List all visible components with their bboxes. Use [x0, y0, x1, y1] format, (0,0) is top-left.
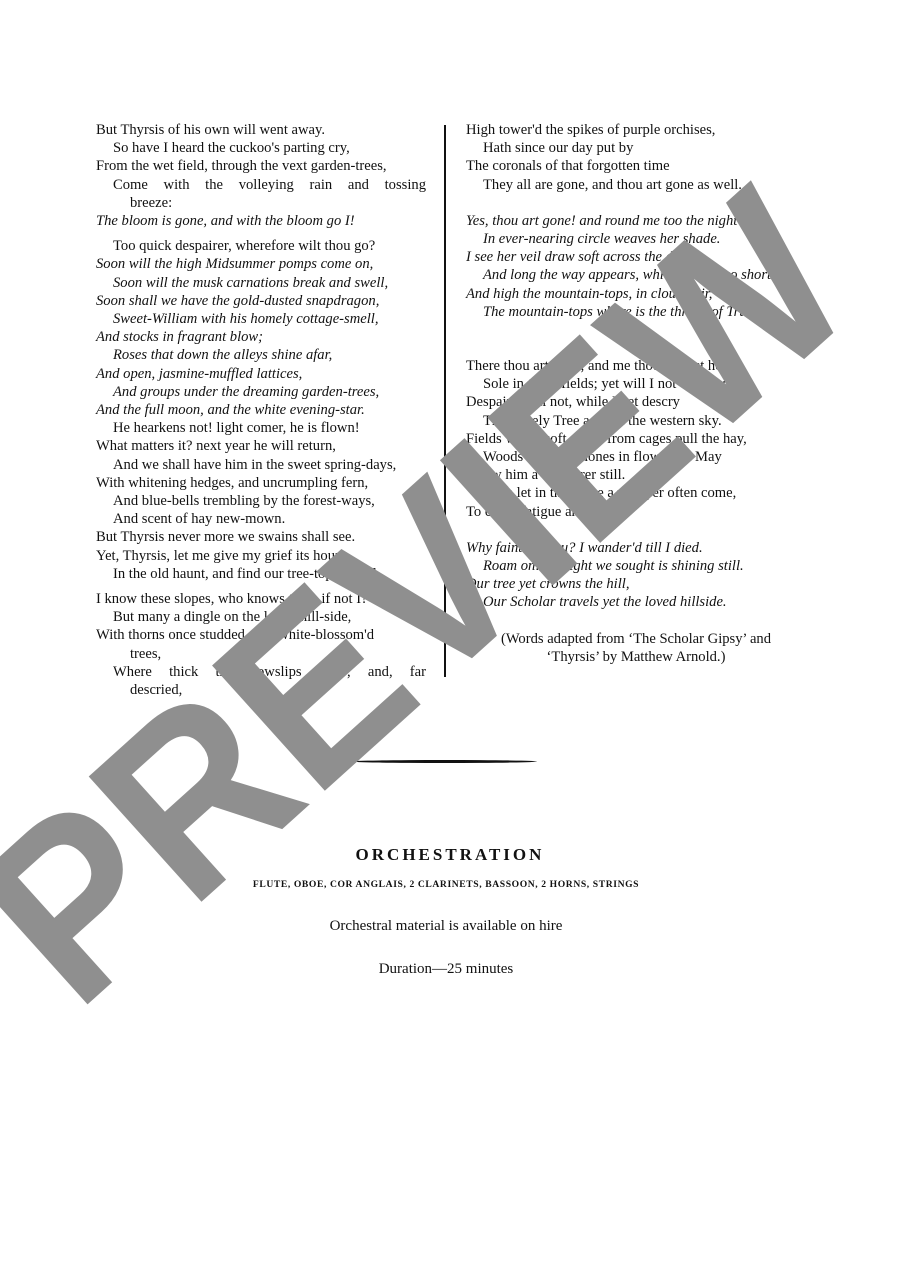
- stanza-gap: [466, 521, 806, 539]
- stanza-gap: [96, 583, 426, 590]
- poem-credit: (Words adapted from ‘The Scholar Gipsy’ …: [466, 630, 806, 666]
- poem-line: And blue-bells trembling by the forest-w…: [96, 492, 426, 510]
- poem-line: But Thyrsis never more we swains shall s…: [96, 528, 426, 546]
- stanza-gap: [466, 194, 806, 212]
- poem-line: descried,: [96, 681, 426, 699]
- poem-line: The bloom is gone, and with the bloom go…: [96, 212, 426, 230]
- poem-stanza: Too quick despairer, wherefore wilt thou…: [96, 237, 426, 583]
- poem-line: In the old haunt, and find our tree-topp…: [96, 565, 426, 583]
- poem-line: Fields where soft sheep from cages pull …: [466, 430, 806, 448]
- poem-line: Roses that down the alleys shine afar,: [96, 346, 426, 364]
- poem-line: But Thyrsis of his own will went away.: [96, 121, 426, 139]
- poem-line: To chase fatigue and fear.: [466, 503, 806, 521]
- poem-line: So have I heard the cuckoo's parting cry…: [96, 139, 426, 157]
- poem-line: Woods with anemones in flower till May: [466, 448, 806, 466]
- poem-line: Our Scholar travels yet the loved hillsi…: [466, 593, 806, 611]
- poem-line: Come with the volleying rain and tossing: [96, 176, 426, 194]
- poem-stanza: Yes, thou art gone! and round me too the…: [466, 212, 806, 321]
- poem-line: Yes, thou art gone! and round me too the…: [466, 212, 806, 230]
- orchestration-duration: Duration—25 minutes: [0, 961, 892, 978]
- poem-line: Why faintest thou? I wander'd till I die…: [466, 539, 806, 557]
- poem-line: And long the way appears, which seem'd s…: [466, 266, 806, 284]
- poem-line: With whitening hedges, and uncrumpling f…: [96, 474, 426, 492]
- orchestration-instruments: Flute, Oboe, Cor Anglais, 2 Clarinets, B…: [0, 879, 892, 890]
- poem-line: Despair I will not, while I yet descry: [466, 393, 806, 411]
- poem-line: Soon shall we have the gold-dusted snapd…: [96, 292, 426, 310]
- poem-line: And open, jasmine-muffled lattices,: [96, 365, 426, 383]
- poem-line: Too quick despairer, wherefore wilt thou…: [96, 237, 426, 255]
- orchestration-title: ORCHESTRATION: [0, 845, 900, 865]
- poem-line: The mountain-tops where is the throne of…: [466, 303, 806, 321]
- poem-line: They all are gone, and thou art gone as …: [466, 176, 806, 194]
- section-rule: [352, 760, 537, 763]
- poem-right-column: High tower'd the spikes of purple orchis…: [466, 121, 806, 666]
- poem-stanza: There thou art gone, and me thou leavest…: [466, 357, 806, 521]
- poem-line: That lonely Tree against the western sky…: [466, 412, 806, 430]
- poem-line: Then let in thy voice a whisper often co…: [466, 484, 806, 502]
- poem-line: I see her veil draw soft across the day,: [466, 248, 806, 266]
- poem-line: With thorns once studded, old, white-blo…: [96, 626, 426, 644]
- poem-stanza: But Thyrsis of his own will went away.So…: [96, 121, 426, 230]
- poem-line: Sole in these fields; yet will I not des…: [466, 375, 806, 393]
- poem-line: Soon will the musk carnations break and …: [96, 274, 426, 292]
- credit-gap: [466, 612, 806, 630]
- poem-line: There thou art gone, and me thou leavest…: [466, 357, 806, 375]
- credit-line: (Words adapted from ‘The Scholar Gipsy’ …: [466, 630, 806, 648]
- poem-line: Yet, Thyrsis, let me give my grief its h…: [96, 547, 426, 565]
- poem-line: Hath since our day put by: [466, 139, 806, 157]
- poem-stanza: Why faintest thou? I wander'd till I die…: [466, 539, 806, 612]
- poem-line: From the wet field, through the vext gar…: [96, 157, 426, 175]
- poem-line: In ever-nearing circle weaves her shade.: [466, 230, 806, 248]
- poem-line: The coronals of that forgotten time: [466, 157, 806, 175]
- poem-line: Know him a wanderer still.: [466, 466, 806, 484]
- poem-line: And groups under the dreaming garden-tre…: [96, 383, 426, 401]
- poem-line: Where thick the cowslips grew, and, far: [96, 663, 426, 681]
- poem-line: And stocks in fragrant blow;: [96, 328, 426, 346]
- poem-stanza: I know these slopes, who knows them if n…: [96, 590, 426, 699]
- poem-line: And scent of hay new-mown.: [96, 510, 426, 528]
- poem-line: He hearkens not! light comer, he is flow…: [96, 419, 426, 437]
- poem-stanza: High tower'd the spikes of purple orchis…: [466, 121, 806, 194]
- column-divider: [444, 125, 446, 677]
- poem-line: And the full moon, and the white evening…: [96, 401, 426, 419]
- stanza-gap: [466, 321, 806, 357]
- stanza-gap: [96, 230, 426, 237]
- poem-line: trees,: [96, 645, 426, 663]
- poem-line: High tower'd the spikes of purple orchis…: [466, 121, 806, 139]
- poem-line: breeze:: [96, 194, 426, 212]
- poem-line: Sweet-William with his homely cottage-sm…: [96, 310, 426, 328]
- credit-line: ‘Thyrsis’ by Matthew Arnold.): [466, 648, 806, 666]
- poem-line: I know these slopes, who knows them if n…: [96, 590, 426, 608]
- poem-line: Roam on! the light we sought is shining …: [466, 557, 806, 575]
- poem-line: What matters it? next year he will retur…: [96, 437, 426, 455]
- poem-line: Our tree yet crowns the hill,: [466, 575, 806, 593]
- orchestration-hire-note: Orchestral material is available on hire: [0, 918, 892, 935]
- poem-line: But many a dingle on the loved hill-side…: [96, 608, 426, 626]
- poem-line: And high the mountain-tops, in cloudy ai…: [466, 285, 806, 303]
- poem-left-column: But Thyrsis of his own will went away.So…: [96, 121, 426, 699]
- poem-line: And we shall have him in the sweet sprin…: [96, 456, 426, 474]
- poem-line: Soon will the high Midsummer pomps come …: [96, 255, 426, 273]
